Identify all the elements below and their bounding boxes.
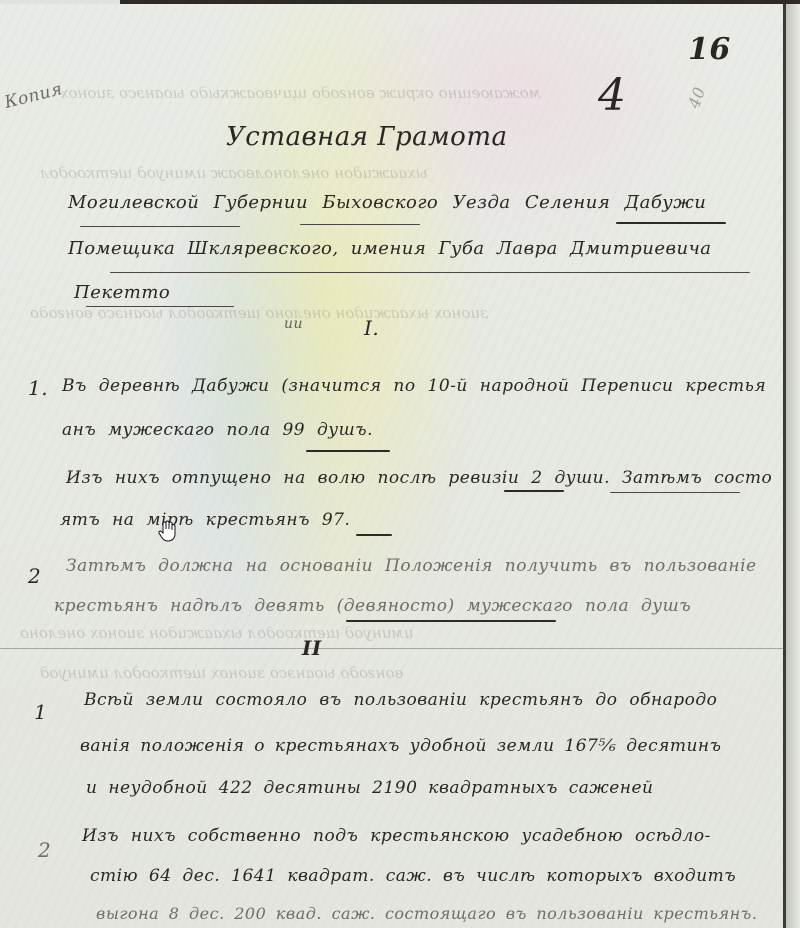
underline <box>504 490 564 492</box>
section-1-marker: I. <box>364 316 379 340</box>
copy-mark: Копия <box>2 79 64 113</box>
bleed-through-text: иминуод шеткоодол ыхаажидон зионох онело… <box>20 624 414 642</box>
page-fold-line <box>0 648 786 649</box>
item-number: 2 <box>38 838 51 862</box>
bleed-through-text: ыхаажидон онелонолвоаж иминуод шеткоодол <box>40 164 428 182</box>
underline <box>86 306 234 307</box>
item-number: 2 <box>28 564 41 588</box>
underline <box>610 492 740 493</box>
text-line: крестьянъ надѣлъ девять (девяносто) муже… <box>54 596 691 616</box>
bleed-through-text: можаюешно окриж вонгодо щичвоажкыдо ыоан… <box>60 84 541 102</box>
underline <box>80 226 240 227</box>
text-line: Изъ нихъ собственно подъ крестьянскою ус… <box>82 826 711 846</box>
document-page: можаюешно окриж вонгодо щичвоажкыдо ыоан… <box>0 4 786 928</box>
page-edge-right <box>786 0 800 928</box>
text-line: Затѣмъ должна на основаніи Положенія пол… <box>66 556 757 576</box>
header-line-2: Помещика Шкляревского, имения Губа Лавра… <box>68 238 712 259</box>
bleed-through-text: вонгодо ыоанэсо зионох шеткоодол иминуод <box>40 664 403 682</box>
text-line: стію 64 дес. 1641 квадрат. саж. въ числѣ… <box>90 866 736 886</box>
text-line: ятъ на мірѣ крестьянъ 97. <box>60 510 350 530</box>
text-line: Всѣй земли состояло въ пользованіи крест… <box>84 690 717 710</box>
text-line: Въ деревнѣ Дабужи (значится по 10-й наро… <box>62 376 766 396</box>
underline <box>346 620 556 622</box>
item-number: 1 <box>34 700 47 724</box>
section-marker-dots: ии <box>284 316 303 332</box>
header-line-1: Могилевской Губернии Быховского Уезда Се… <box>68 192 706 213</box>
side-mark: 40 <box>684 84 709 111</box>
underline <box>300 224 420 225</box>
top-mark: 4 <box>598 70 627 121</box>
underline <box>110 272 750 273</box>
item-number: 1. <box>28 376 48 400</box>
underline <box>616 222 726 224</box>
section-2-marker: II <box>302 636 322 660</box>
text-line: Изъ нихъ отпущено на волю послѣ ревизіи … <box>66 468 772 488</box>
hand-pointer-cursor-icon <box>158 520 176 542</box>
text-line: выгона 8 дес. 200 квад. саж. состоящаго … <box>96 904 757 923</box>
text-line: ванія положенія о крестьянахъ удобной зе… <box>80 736 721 756</box>
underline <box>306 450 390 452</box>
underline <box>356 534 392 536</box>
page-edge-top <box>120 0 800 4</box>
document-title: Уставная Грамота <box>226 122 507 152</box>
header-line-3: Пекетто <box>74 282 170 303</box>
page-number: 16 <box>688 32 731 67</box>
text-line: анъ мужескаго пола 99 душъ. <box>62 420 373 440</box>
text-line: и неудобной 422 десятины 2190 квадратных… <box>86 778 654 798</box>
